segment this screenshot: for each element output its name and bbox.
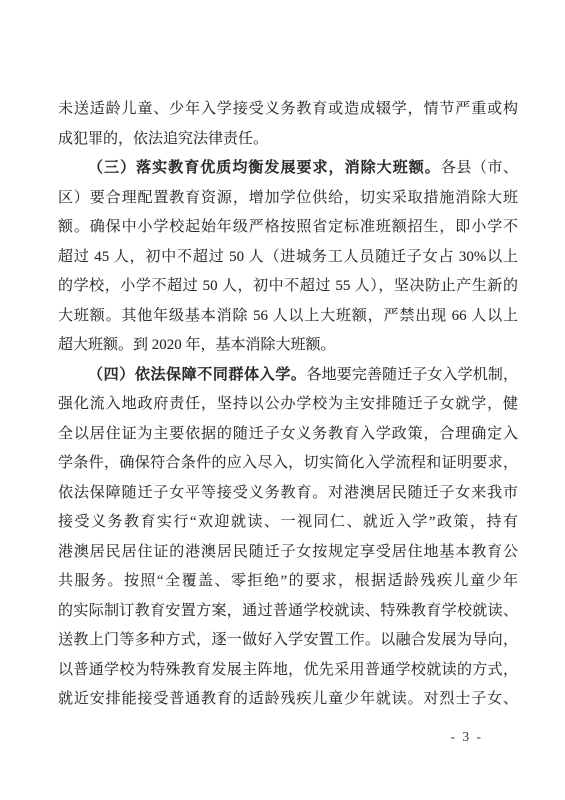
line-text: 区）要合理配置教育资源，增加学位供给，切实采取措施消除大班 <box>58 190 518 206</box>
line-text: 的实际制订教育安置方案，通过普通学校就读、特殊教育学校就读、 <box>58 603 518 619</box>
text-line: 超过 45 人，初中不超过 50 人（进城务工人员随迁子女占 30%以上 <box>58 243 518 273</box>
line-text: 额。确保中小学校起始年级严格按照省定标准班额招生，即小学不 <box>58 219 518 235</box>
line-text: 未送适龄儿童、少年入学接受义务教育或造成辍学，情节严重或构 <box>58 101 518 117</box>
line-text: 大班额。其他年级基本消除 56 人以上大班额，严禁出现 66 人以上 <box>58 308 518 324</box>
line-text: 共服务。按照“全覆盖、零拒绝”的要求，根据适龄残疾儿童少年 <box>58 573 518 589</box>
line-text: 的学校，小学不超过 50 人，初中不超过 55 人），坚决防止产生新的 <box>58 278 518 294</box>
section-heading-4: （四）依法保障不同群体入学。 <box>88 367 307 383</box>
body-text: 未送适龄儿童、少年入学接受义务教育或造成辍学，情节严重或构 成犯罪的，依法追究法… <box>58 95 518 715</box>
text-line: 接受义务教育实行“欢迎就读、一视同仁、就近入学”政策，持有 <box>58 508 518 538</box>
text-line: 成犯罪的，依法追究法律责任。 <box>58 125 518 155</box>
text-line: 共服务。按照“全覆盖、零拒绝”的要求，根据适龄残疾儿童少年 <box>58 567 518 597</box>
line-text: 港澳居民居住证的港澳居民随迁子女按规定享受居住地基本教育公 <box>58 544 518 560</box>
text-line: 送教上门等多种方式，逐一做好入学安置工作。以融合发展为导向， <box>58 626 518 656</box>
line-text: 就近安排能接受普通教育的适龄残疾儿童少年就读。对烈士子女、 <box>58 691 518 707</box>
line-text: 依法保障随迁子女平等接受义务教育。对港澳居民随迁子女来我市 <box>58 485 518 501</box>
line-text: 以普通学校为特殊教育发展主阵地，优先采用普通学校就读的方式， <box>58 662 518 678</box>
line-text: 超过 45 人，初中不超过 50 人（进城务工人员随迁子女占 30%以上 <box>58 249 518 265</box>
line-text: 送教上门等多种方式，逐一做好入学安置工作。以融合发展为导向， <box>58 632 518 648</box>
line-text: 全以居住证为主要依据的随迁子女义务教育入学政策，合理确定入 <box>58 426 518 442</box>
text-line: 以普通学校为特殊教育发展主阵地，优先采用普通学校就读的方式， <box>58 656 518 686</box>
text-line: 超大班额。到 2020 年，基本消除大班额。 <box>58 331 518 361</box>
document-page: 未送适龄儿童、少年入学接受义务教育或造成辍学，情节严重或构 成犯罪的，依法追究法… <box>0 0 565 800</box>
text-line: 未送适龄儿童、少年入学接受义务教育或造成辍学，情节严重或构 <box>58 95 518 125</box>
line-text: 各县（市、 <box>441 160 518 176</box>
line-text: 各地要完善随迁子女入学机制， <box>307 367 518 383</box>
text-line: 港澳居民居住证的港澳居民随迁子女按规定享受居住地基本教育公 <box>58 538 518 568</box>
line-text: 接受义务教育实行“欢迎就读、一视同仁、就近入学”政策，持有 <box>58 514 518 530</box>
line-text: 成犯罪的，依法追究法律责任。 <box>58 131 268 147</box>
text-line: 大班额。其他年级基本消除 56 人以上大班额，严禁出现 66 人以上 <box>58 302 518 332</box>
line-text: 超大班额。到 2020 年，基本消除大班额。 <box>58 337 336 353</box>
text-line: 就近安排能接受普通教育的适龄残疾儿童少年就读。对烈士子女、 <box>58 685 518 715</box>
text-line: 依法保障随迁子女平等接受义务教育。对港澳居民随迁子女来我市 <box>58 479 518 509</box>
text-line: 区）要合理配置教育资源，增加学位供给，切实采取措施消除大班 <box>58 184 518 214</box>
text-line: 全以居住证为主要依据的随迁子女义务教育入学政策，合理确定入 <box>58 420 518 450</box>
text-line: 的学校，小学不超过 50 人，初中不超过 55 人），坚决防止产生新的 <box>58 272 518 302</box>
line-text: 强化流入地政府责任，坚持以公办学校为主安排随迁子女就学，健 <box>58 396 518 412</box>
text-line: 额。确保中小学校起始年级严格按照省定标准班额招生，即小学不 <box>58 213 518 243</box>
text-line: 学条件，确保符合条件的应入尽入，切实简化入学流程和证明要求， <box>58 449 518 479</box>
line-text: 学条件，确保符合条件的应入尽入，切实简化入学流程和证明要求， <box>58 455 518 471</box>
text-line: （四）依法保障不同群体入学。各地要完善随迁子女入学机制， <box>58 361 518 391</box>
page-number: - 3 - <box>451 729 484 745</box>
text-line: 的实际制订教育安置方案，通过普通学校就读、特殊教育学校就读、 <box>58 597 518 627</box>
section-heading-3: （三）落实教育优质均衡发展要求，消除大班额。 <box>88 160 441 176</box>
text-line: 强化流入地政府责任，坚持以公办学校为主安排随迁子女就学，健 <box>58 390 518 420</box>
text-line: （三）落实教育优质均衡发展要求，消除大班额。各县（市、 <box>58 154 518 184</box>
